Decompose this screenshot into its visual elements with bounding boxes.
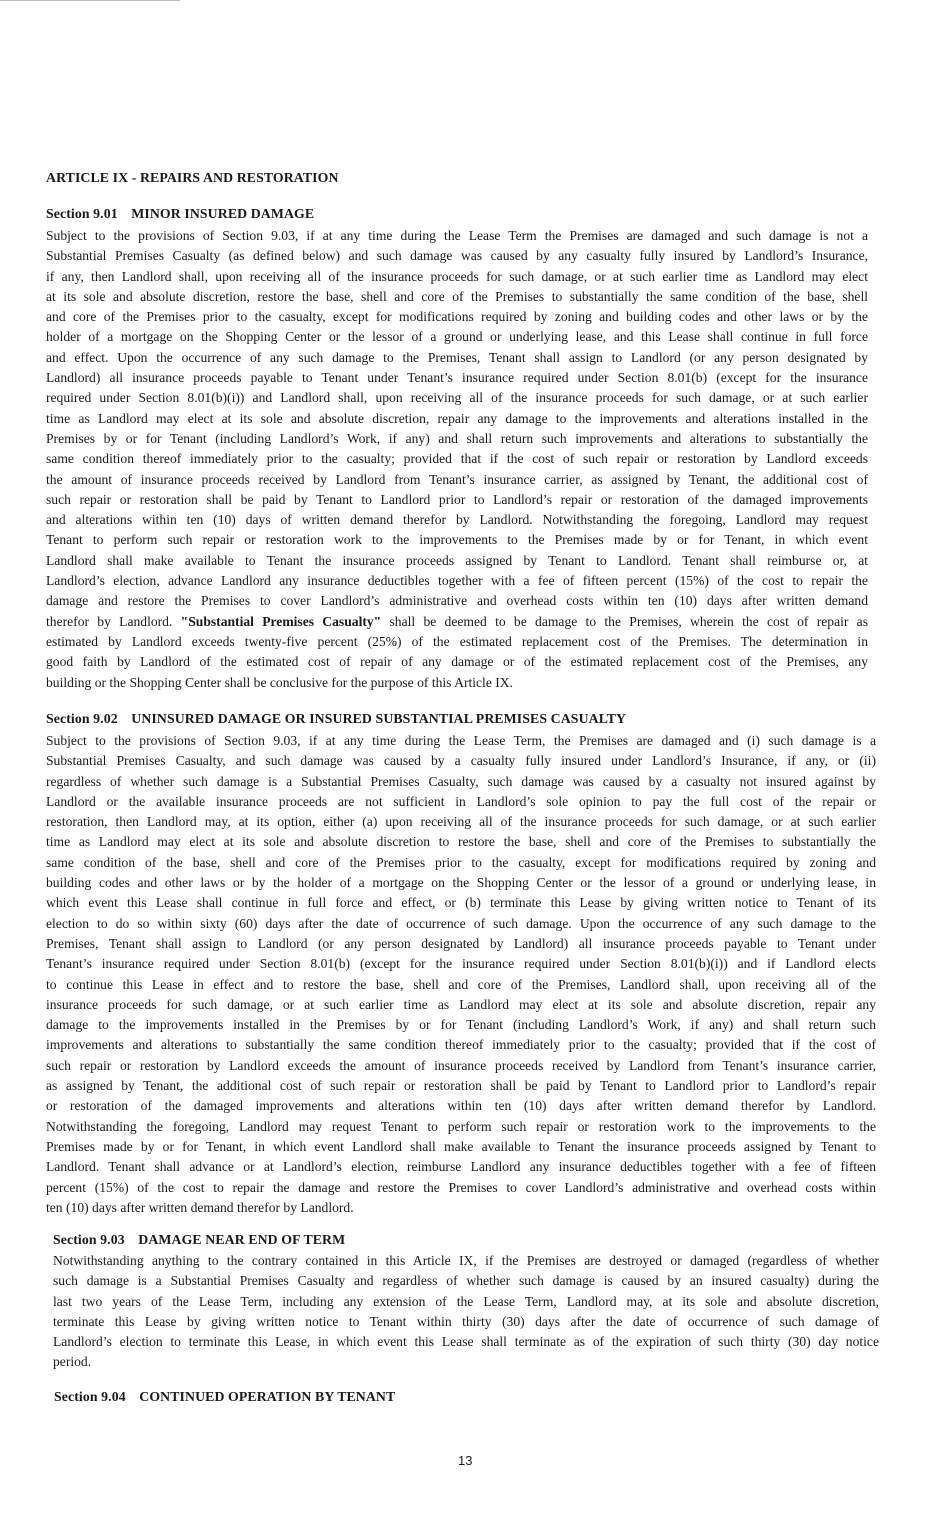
- text-line: time as Landlord may elect at its sole a…: [46, 832, 876, 852]
- text-line: Notwithstanding the foregoing, Landlord …: [46, 1117, 876, 1137]
- text-line: good faith by Landlord of the estimated …: [46, 652, 868, 672]
- text-line: if any, then Landlord shall, upon receiv…: [46, 267, 868, 287]
- text-line: terminate this Lease by giving written n…: [53, 1312, 879, 1332]
- text-line: percent (15%) of the cost to repair the …: [46, 1178, 876, 1198]
- text-line: therefor by Landlord. "Substantial Premi…: [46, 612, 868, 632]
- text-line: improvements and alterations to substant…: [46, 1035, 876, 1055]
- section-title: MINOR INSURED DAMAGE: [131, 206, 314, 221]
- text-line: Substantial Premises Casualty, and such …: [46, 751, 876, 771]
- text-line: the amount of insurance proceeds receive…: [46, 470, 868, 490]
- text-line: Landlord’s election, advance Landlord an…: [46, 571, 868, 591]
- text-line: damage to the improvements installed in …: [46, 1015, 876, 1035]
- section-9-02-heading: Section 9.02 UNINSURED DAMAGE OR INSURED…: [46, 711, 626, 727]
- text-line: such repair or restoration by Landlord e…: [46, 1056, 876, 1076]
- text-line: such repair or restoration shall be paid…: [46, 490, 868, 510]
- text-line: building or the Shopping Center shall be…: [46, 673, 868, 693]
- text-line: same condition of the base, shell and co…: [46, 853, 876, 873]
- text-line: which event this Lease shall continue in…: [46, 893, 876, 913]
- text-line: Premises by or for Tenant (including Lan…: [46, 429, 868, 449]
- text-line: Subject to the provisions of Section 9.0…: [46, 226, 868, 246]
- section-9-03-body: Notwithstanding anything to the contrary…: [53, 1251, 879, 1373]
- text-line: Landlord or the available insurance proc…: [46, 792, 876, 812]
- text-line: Landlord. Tenant shall advance or at Lan…: [46, 1157, 876, 1177]
- section-number: Section 9.03: [53, 1232, 125, 1247]
- text-line: insurance proceeds for such damage, or a…: [46, 995, 876, 1015]
- text-line: and alterations within ten (10) days of …: [46, 510, 868, 530]
- section-number: Section 9.02: [46, 711, 118, 726]
- text-line: and core of the Premises prior to the ca…: [46, 307, 868, 327]
- text-line: to continue this Lease in effect and to …: [46, 975, 876, 995]
- text-line: Landlord) all insurance proceeds payable…: [46, 368, 868, 388]
- text-line: restoration, then Landlord may, at its o…: [46, 812, 876, 832]
- text-line: Subject to the provisions of Section 9.0…: [46, 731, 876, 751]
- text-line: same condition thereof immediately prior…: [46, 449, 868, 469]
- document-page: ARTICLE IX - REPAIRS AND RESTORATION Sec…: [0, 0, 932, 1538]
- text-line: Landlord shall make available to Tenant …: [46, 551, 868, 571]
- text-line: election to do so within sixty (60) days…: [46, 914, 876, 934]
- text-line: time as Landlord may elect at its sole a…: [46, 409, 868, 429]
- article-title: ARTICLE IX - REPAIRS AND RESTORATION: [46, 170, 339, 186]
- text-line: Premises made by or for Tenant, in which…: [46, 1137, 876, 1157]
- text-line: Landlord’s election to terminate this Le…: [53, 1332, 879, 1352]
- text-line: Notwithstanding anything to the contrary…: [53, 1251, 879, 1271]
- text-line: Substantial Premises Casualty (as define…: [46, 246, 868, 266]
- text-line: Tenant to perform such repair or restora…: [46, 530, 868, 550]
- text-line: at its sole and absolute discretion, res…: [46, 287, 868, 307]
- section-number: Section 9.01: [46, 206, 118, 221]
- text-line: and effect. Upon the occurrence of any s…: [46, 348, 868, 368]
- text-line: regardless of whether such damage is a S…: [46, 772, 876, 792]
- text-line: estimated by Landlord exceeds twenty-fiv…: [46, 632, 868, 652]
- section-9-02-body: Subject to the provisions of Section 9.0…: [46, 731, 876, 1218]
- text-line: damage and restore the Premises to cover…: [46, 591, 868, 611]
- section-title: UNINSURED DAMAGE OR INSURED SUBSTANTIAL …: [131, 711, 626, 726]
- section-9-03-heading: Section 9.03 DAMAGE NEAR END OF TERM: [53, 1232, 345, 1248]
- text-line: Tenant’s insurance required under Sectio…: [46, 954, 876, 974]
- text-line: Premises, Tenant shall assign to Landlor…: [46, 934, 876, 954]
- section-9-04-heading: Section 9.04 CONTINUED OPERATION BY TENA…: [54, 1389, 395, 1405]
- section-title: DAMAGE NEAR END OF TERM: [138, 1232, 345, 1247]
- text-line: holder of a mortgage on the Shopping Cen…: [46, 327, 868, 347]
- text-line: as assigned by Tenant, the additional co…: [46, 1076, 876, 1096]
- defined-term: "Substantial Premises Casualty": [181, 614, 382, 629]
- text-line: such damage is a Substantial Premises Ca…: [53, 1271, 879, 1291]
- scan-edge-line: [0, 0, 180, 1]
- section-number: Section 9.04: [54, 1389, 126, 1404]
- page-number: 13: [458, 1453, 472, 1468]
- section-title: CONTINUED OPERATION BY TENANT: [139, 1389, 395, 1404]
- text-line: building codes and other laws or by the …: [46, 873, 876, 893]
- text-line: last two years of the Lease Term, includ…: [53, 1292, 879, 1312]
- section-9-01-body: Subject to the provisions of Section 9.0…: [46, 226, 868, 693]
- section-9-01-heading: Section 9.01 MINOR INSURED DAMAGE: [46, 206, 314, 222]
- text-line: or restoration of the damaged improvemen…: [46, 1096, 876, 1116]
- text-line: period.: [53, 1352, 879, 1372]
- text-line: ten (10) days after written demand there…: [46, 1198, 876, 1218]
- text-line: required under Section 8.01(b)(i)) and L…: [46, 388, 868, 408]
